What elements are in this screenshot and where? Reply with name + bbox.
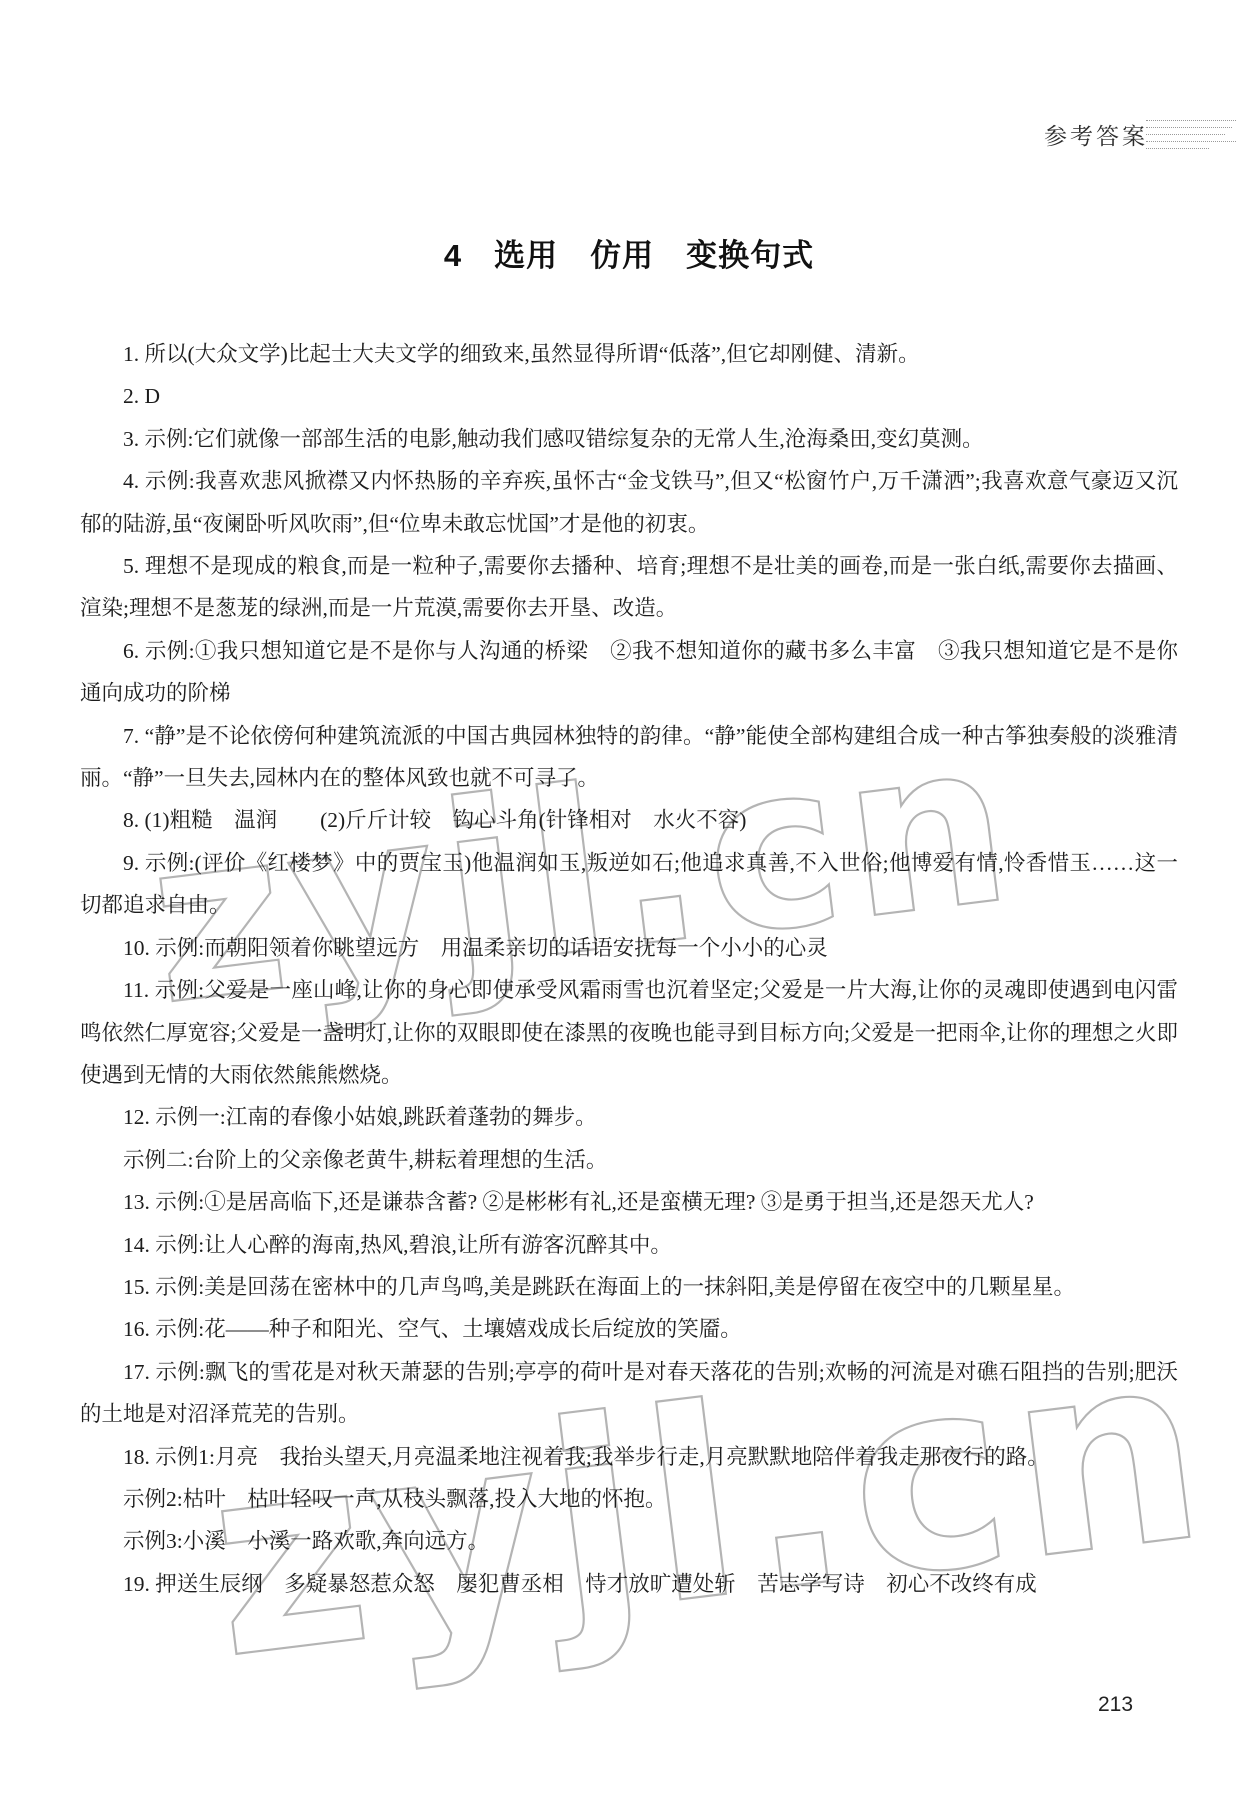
answer-paragraph: 19. 押送生辰纲 多疑暴怒惹众怒 屡犯曹丞相 恃才放旷遭处斩 苦志学写诗 初心… [80,1563,1178,1605]
answer-paragraph: 3. 示例:它们就像一部部生活的电影,触动我们感叹错综复杂的无常人生,沧海桑田,… [80,418,1178,460]
answers-list: 1. 所以(大众文学)比起士大夫文学的细致来,虽然显得所谓“低落”,但它却刚健、… [80,333,1178,1605]
answer-paragraph: 1. 所以(大众文学)比起士大夫文学的细致来,虽然显得所谓“低落”,但它却刚健、… [80,333,1178,375]
answer-paragraph: 示例二:台阶上的父亲像老黄牛,耕耘着理想的生活。 [80,1139,1178,1181]
answer-paragraph: 示例2:枯叶 枯叶轻叹一声,从枝头飘落,投入大地的怀抱。 [80,1478,1178,1520]
page-number: 213 [1098,1693,1133,1717]
answer-paragraph: 15. 示例:美是回荡在密林中的几声鸟鸣,美是跳跃在海面上的一抹斜阳,美是停留在… [80,1266,1178,1308]
answer-paragraph: 10. 示例:而朝阳领着你眺望远方 用温柔亲切的话语安抚每一个小小的心灵 [80,927,1178,969]
answer-paragraph: 2. D [80,375,1178,417]
answer-paragraph: 11. 示例:父爱是一座山峰,让你的身心即使承受风霜雨雪也沉着坚定;父爱是一片大… [80,969,1178,1096]
page-content: 4 选用 仿用 变换句式 1. 所以(大众文学)比起士大夫文学的细致来,虽然显得… [80,0,1178,1605]
answer-paragraph: 13. 示例:①是居高临下,还是谦恭含蓄? ②是彬彬有礼,还是蛮横无理? ③是勇… [80,1181,1178,1223]
answer-paragraph: 4. 示例:我喜欢悲风掀襟又内怀热肠的辛弃疾,虽怀古“金戈铁马”,但又“松窗竹户… [80,460,1178,545]
answer-paragraph: 8. (1)粗糙 温润 (2)斤斤计较 钩心斗角(针锋相对 水火不容) [80,799,1178,841]
answer-paragraph: 12. 示例一:江南的春像小姑娘,跳跃着蓬勃的舞步。 [80,1096,1178,1138]
answer-paragraph: 14. 示例:让人心醉的海南,热风,碧浪,让所有游客沉醉其中。 [80,1224,1178,1266]
answer-paragraph: 18. 示例1:月亮 我抬头望天,月亮温柔地注视着我;我举步行走,月亮默默地陪伴… [80,1436,1178,1478]
answer-paragraph: 7. “静”是不论依傍何种建筑流派的中国古典园林独特的韵律。“静”能使全部构建组… [80,715,1178,800]
answer-paragraph: 9. 示例:(评价《红楼梦》中的贾宝玉)他温润如玉,叛逆如石;他追求真善,不入世… [80,842,1178,927]
answer-paragraph: 6. 示例:①我只想知道它是不是你与人沟通的桥梁 ②我不想知道你的藏书多么丰富 … [80,630,1178,715]
answer-paragraph: 17. 示例:飘飞的雪花是对秋天萧瑟的告别;亭亭的荷叶是对春天落花的告别;欢畅的… [80,1351,1178,1436]
answer-paragraph: 示例3:小溪 小溪一路欢歌,奔向远方。 [80,1520,1178,1562]
answer-paragraph: 5. 理想不是现成的粮食,而是一粒种子,需要你去播种、培育;理想不是壮美的画卷,… [80,545,1178,630]
answer-page: 参考答案 zyjl.cn zyjl.cn 4 选用 仿用 变换句式 1. 所以(… [0,0,1250,1803]
section-title: 4 选用 仿用 变换句式 [80,230,1178,275]
answer-paragraph: 16. 示例:花——种子和阳光、空气、土壤嬉戏成长后绽放的笑靥。 [80,1308,1178,1350]
